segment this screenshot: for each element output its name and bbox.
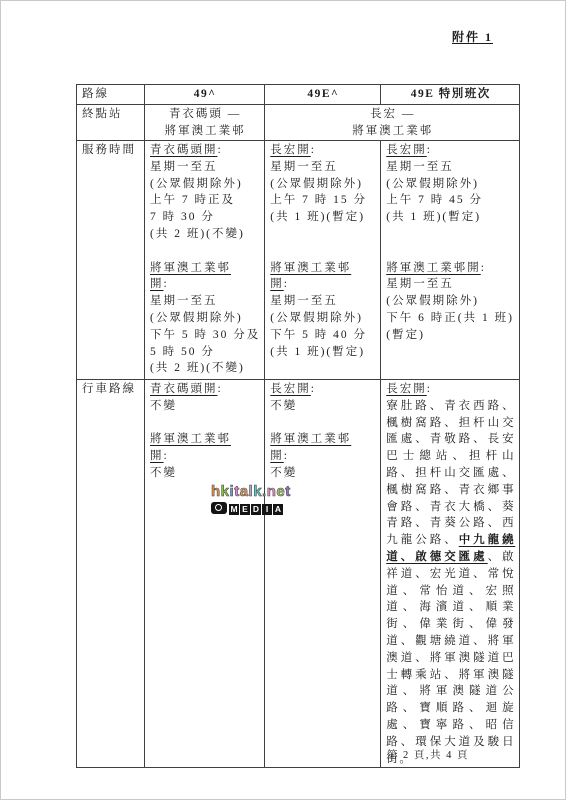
text-run: 將軍澳工業邨 bbox=[352, 125, 433, 137]
text-line: 星期一至五 bbox=[150, 159, 260, 176]
text-line bbox=[386, 226, 515, 243]
text-line: 星期一至五 bbox=[386, 159, 515, 176]
table-cell: 長宏開:寮肚路、青衣西路、楓樹窩路、担杆山交匯處、青敬路、長安巴士總站、担杆山路… bbox=[381, 380, 520, 768]
text-run: 7 時 30 分 bbox=[150, 211, 215, 223]
text-line: 7 時 30 分 bbox=[150, 209, 260, 226]
text-run: (公眾假期除外) bbox=[270, 178, 363, 190]
text-line: 將軍澳工業邨 bbox=[150, 431, 260, 448]
text-run: : bbox=[427, 144, 432, 156]
text-run: 不變 bbox=[270, 400, 297, 412]
text-line: 上午 7 時 45 分 bbox=[386, 192, 515, 209]
camera-lens-icon bbox=[215, 504, 222, 511]
media-letter: E bbox=[240, 504, 250, 515]
text-run: (共 2 班)(不變) bbox=[150, 362, 245, 374]
text-line bbox=[150, 415, 260, 432]
text-run: 青衣碼頭 — bbox=[169, 108, 241, 120]
row-label-cell: 行車路線 bbox=[77, 380, 145, 768]
header-route-cell: 49E 特別班次 bbox=[381, 85, 520, 105]
text-run: 將軍澳工業邨 bbox=[165, 125, 246, 137]
text-run: 上午 7 時正及 bbox=[150, 194, 235, 206]
text-line bbox=[150, 243, 260, 260]
text-line: 將軍澳工業邨 bbox=[270, 260, 376, 277]
text-line: (共 1 班)(暫定) bbox=[270, 344, 376, 361]
text-run: 5 時 50 分 bbox=[150, 346, 215, 358]
text-line: 不變 bbox=[270, 398, 376, 415]
text-line bbox=[386, 243, 515, 260]
text-line bbox=[270, 415, 376, 432]
row-label-cell: 終點站 bbox=[77, 105, 145, 141]
text-line: 長宏開: bbox=[386, 381, 515, 398]
text-run: 下午 5 時 40 分 bbox=[270, 329, 367, 341]
watermark-brand: hkitalk.net bbox=[211, 484, 291, 499]
text-run: 長宏開 bbox=[270, 383, 311, 395]
text-line: 長宏開: bbox=[270, 381, 376, 398]
media-letter: I bbox=[262, 504, 272, 515]
text-line: 星期一至五 bbox=[150, 293, 260, 310]
text-line: 不變 bbox=[150, 465, 260, 482]
text-run: 下午 5 時 30 分及 bbox=[150, 329, 260, 341]
text-line: 不變 bbox=[150, 398, 260, 415]
table-row: 終點站青衣碼頭 —將軍澳工業邨長宏 —將軍澳工業邨 bbox=[77, 105, 520, 141]
text-line: 不變 bbox=[270, 465, 376, 482]
media-letter: D bbox=[251, 504, 261, 515]
route-table: 路線49^49E^49E 特別班次 終點站青衣碼頭 —將軍澳工業邨長宏 —將軍澳… bbox=[76, 84, 520, 768]
text-line: 5 時 50 分 bbox=[150, 344, 260, 361]
text-line: 長宏開: bbox=[386, 142, 515, 159]
text-run: (公眾假期除外) bbox=[270, 312, 363, 324]
text-run: : bbox=[427, 383, 432, 395]
text-line: (公眾假期除外) bbox=[386, 176, 515, 193]
text-line: (共 1 班)(暫定) bbox=[386, 209, 515, 226]
header-route-cell: 49^ bbox=[145, 85, 265, 105]
table-row: 行車路線青衣碼頭開:不變 將軍澳工業邨開:不變長宏開:不變 將軍澳工業邨開:不變… bbox=[77, 380, 520, 768]
text-line: 開: bbox=[270, 448, 376, 465]
text-run: 長宏開 bbox=[386, 144, 427, 156]
text-run: 長宏開 bbox=[270, 144, 311, 156]
text-run: 上午 7 時 45 分 bbox=[386, 194, 483, 206]
table-row: 服務時間青衣碼頭開:星期一至五(公眾假期除外)上午 7 時正及7 時 30 分(… bbox=[77, 141, 520, 380]
header-label-cell: 路線 bbox=[77, 85, 145, 105]
text-line: (暫定) bbox=[386, 327, 515, 344]
text-run: 星期一至五 bbox=[150, 161, 218, 173]
table-cell: 長宏開:不變 將軍澳工業邨開:不變 bbox=[265, 380, 381, 768]
text-line: (公眾假期除外) bbox=[150, 310, 260, 327]
text-run: : bbox=[284, 450, 289, 462]
row-label-cell: 服務時間 bbox=[77, 141, 145, 380]
text-run: (共 1 班)(暫定) bbox=[270, 346, 365, 358]
text-run: (共 2 班)(不變) bbox=[150, 228, 245, 240]
text-line: (公眾假期除外) bbox=[386, 293, 515, 310]
text-run: 不變 bbox=[150, 467, 177, 479]
table-cell: 長宏 —將軍澳工業邨 bbox=[265, 105, 520, 141]
watermark: hkitalk.net MEDIA bbox=[211, 484, 291, 516]
text-line: 青衣碼頭 — bbox=[150, 106, 260, 123]
text-line: 下午 5 時 30 分及 bbox=[150, 327, 260, 344]
text-line: 將軍澳工業邨 bbox=[270, 431, 376, 448]
text-run: 長宏 — bbox=[370, 108, 415, 120]
text-line: 下午 6 時正(共 1 班) bbox=[386, 310, 515, 327]
text-run: 不變 bbox=[150, 400, 177, 412]
text-line: (公眾假期除外) bbox=[270, 310, 376, 327]
text-run: 開 bbox=[150, 450, 164, 462]
text-run: (公眾假期除外) bbox=[386, 178, 479, 190]
table-cell: 青衣碼頭開:不變 將軍澳工業邨開:不變 bbox=[145, 380, 265, 768]
text-run: : bbox=[481, 262, 486, 274]
page-footer: 第 2 頁,共 4 頁 bbox=[387, 747, 469, 762]
attachment-label: 附件 1 bbox=[452, 28, 493, 45]
brand-letter: e bbox=[276, 483, 285, 500]
text-line: 青衣碼頭開: bbox=[150, 381, 260, 398]
text-run: 寮肚路、青衣西路、楓樹窩路、担杆山交匯處、青敬路、長安巴士總站、担杆山路、担杆山… bbox=[386, 400, 515, 546]
table-cell: 青衣碼頭 —將軍澳工業邨 bbox=[145, 105, 265, 141]
table-cell: 長宏開:星期一至五(公眾假期除外)上午 7 時 15 分(共 1 班)(暫定) … bbox=[265, 141, 381, 380]
text-run: 星期一至五 bbox=[270, 161, 338, 173]
text-run: 將軍澳工業邨 bbox=[270, 262, 351, 274]
text-run: (暫定) bbox=[386, 329, 425, 341]
text-line: 將軍澳工業邨 bbox=[270, 123, 515, 140]
text-line: 青衣碼頭開: bbox=[150, 142, 260, 159]
text-line bbox=[270, 226, 376, 243]
brand-letter: n bbox=[267, 483, 277, 500]
text-run: (公眾假期除外) bbox=[150, 178, 243, 190]
text-run: 星期一至五 bbox=[270, 295, 338, 307]
media-badge: MEDIA bbox=[229, 500, 284, 516]
text-run: 將軍澳工業邨 bbox=[150, 262, 231, 274]
table-cell: 長宏開:星期一至五(公眾假期除外)上午 7 時 45 分(共 1 班)(暫定) … bbox=[381, 141, 520, 380]
text-line: 下午 5 時 40 分 bbox=[270, 327, 376, 344]
text-line: (公眾假期除外) bbox=[270, 176, 376, 193]
text-line: 開: bbox=[270, 276, 376, 293]
text-run: : bbox=[311, 383, 316, 395]
text-line bbox=[270, 243, 376, 260]
text-line: 上午 7 時正及 bbox=[150, 192, 260, 209]
text-run: : bbox=[218, 144, 223, 156]
brand-letter: t bbox=[285, 483, 291, 500]
route-table-body: 終點站青衣碼頭 —將軍澳工業邨長宏 —將軍澳工業邨服務時間青衣碼頭開:星期一至五… bbox=[77, 105, 520, 768]
text-line: 長宏 — bbox=[270, 106, 515, 123]
text-run: 下午 6 時正(共 1 班) bbox=[386, 312, 514, 324]
text-run: 將軍澳工業邨開 bbox=[386, 262, 481, 274]
text-line: 將軍澳工業邨 bbox=[150, 260, 260, 277]
text-run: 、啟祥道、宏光道、常悅道、常怡道、宏照道、海濱道、順業街、偉業街、偉發道、觀塘繞… bbox=[386, 551, 515, 765]
header-route-cell: 49E^ bbox=[265, 85, 381, 105]
route-table-header: 路線49^49E^49E 特別班次 bbox=[77, 85, 520, 105]
table-cell: 青衣碼頭開:星期一至五(公眾假期除外)上午 7 時正及7 時 30 分(共 2 … bbox=[145, 141, 265, 380]
text-run: 開 bbox=[270, 278, 284, 290]
text-run: 星期一至五 bbox=[386, 161, 454, 173]
text-run: 青衣碼頭開 bbox=[150, 144, 218, 156]
text-run: : bbox=[164, 450, 169, 462]
text-line: (共 2 班)(不變) bbox=[150, 226, 260, 243]
document-page: 附件 1 路線49^49E^49E 特別班次 終點站青衣碼頭 —將軍澳工業邨長宏… bbox=[0, 0, 566, 800]
text-line: (公眾假期除外) bbox=[150, 176, 260, 193]
text-run: : bbox=[164, 278, 169, 290]
text-run: 青衣碼頭開 bbox=[150, 383, 218, 395]
text-line: (共 2 班)(不變) bbox=[150, 360, 260, 377]
brand-letter: a bbox=[240, 483, 249, 500]
text-line: 寮肚路、青衣西路、楓樹窩路、担杆山交匯處、青敬路、長安巴士總站、担杆山路、担杆山… bbox=[386, 398, 515, 768]
text-run: 開 bbox=[150, 278, 164, 290]
text-line: 長宏開: bbox=[270, 142, 376, 159]
watermark-media-row: MEDIA bbox=[211, 500, 291, 516]
text-line: 開: bbox=[150, 448, 260, 465]
text-run: 長宏開 bbox=[386, 383, 427, 395]
text-run: 將軍澳工業邨 bbox=[150, 433, 231, 445]
text-line: 星期一至五 bbox=[270, 159, 376, 176]
text-line: 上午 7 時 15 分 bbox=[270, 192, 376, 209]
text-run: 上午 7 時 15 分 bbox=[270, 194, 367, 206]
text-line: 星期一至五 bbox=[386, 276, 515, 293]
text-line: 開: bbox=[150, 276, 260, 293]
text-line: 將軍澳工業邨 bbox=[150, 123, 260, 140]
text-run: : bbox=[218, 383, 223, 395]
brand-letter: k bbox=[253, 483, 262, 500]
text-run: (公眾假期除外) bbox=[150, 312, 243, 324]
text-run: 不變 bbox=[270, 467, 297, 479]
text-run: (共 1 班)(暫定) bbox=[270, 211, 365, 223]
text-run: : bbox=[311, 144, 316, 156]
text-run: (共 1 班)(暫定) bbox=[386, 211, 481, 223]
text-run: 星期一至五 bbox=[150, 295, 218, 307]
text-line: 將軍澳工業邨開: bbox=[386, 260, 515, 277]
text-run: 將軍澳工業邨 bbox=[270, 433, 351, 445]
media-letter: M bbox=[229, 504, 239, 515]
camera-icon bbox=[211, 502, 227, 514]
brand-letter: k bbox=[221, 483, 230, 500]
text-line: 星期一至五 bbox=[270, 293, 376, 310]
text-run: 星期一至五 bbox=[386, 278, 454, 290]
text-run: (公眾假期除外) bbox=[386, 295, 479, 307]
text-line: (共 1 班)(暫定) bbox=[270, 209, 376, 226]
text-run: : bbox=[284, 278, 289, 290]
brand-letter: h bbox=[211, 483, 221, 500]
text-run: 開 bbox=[270, 450, 284, 462]
media-letter: A bbox=[273, 504, 283, 515]
